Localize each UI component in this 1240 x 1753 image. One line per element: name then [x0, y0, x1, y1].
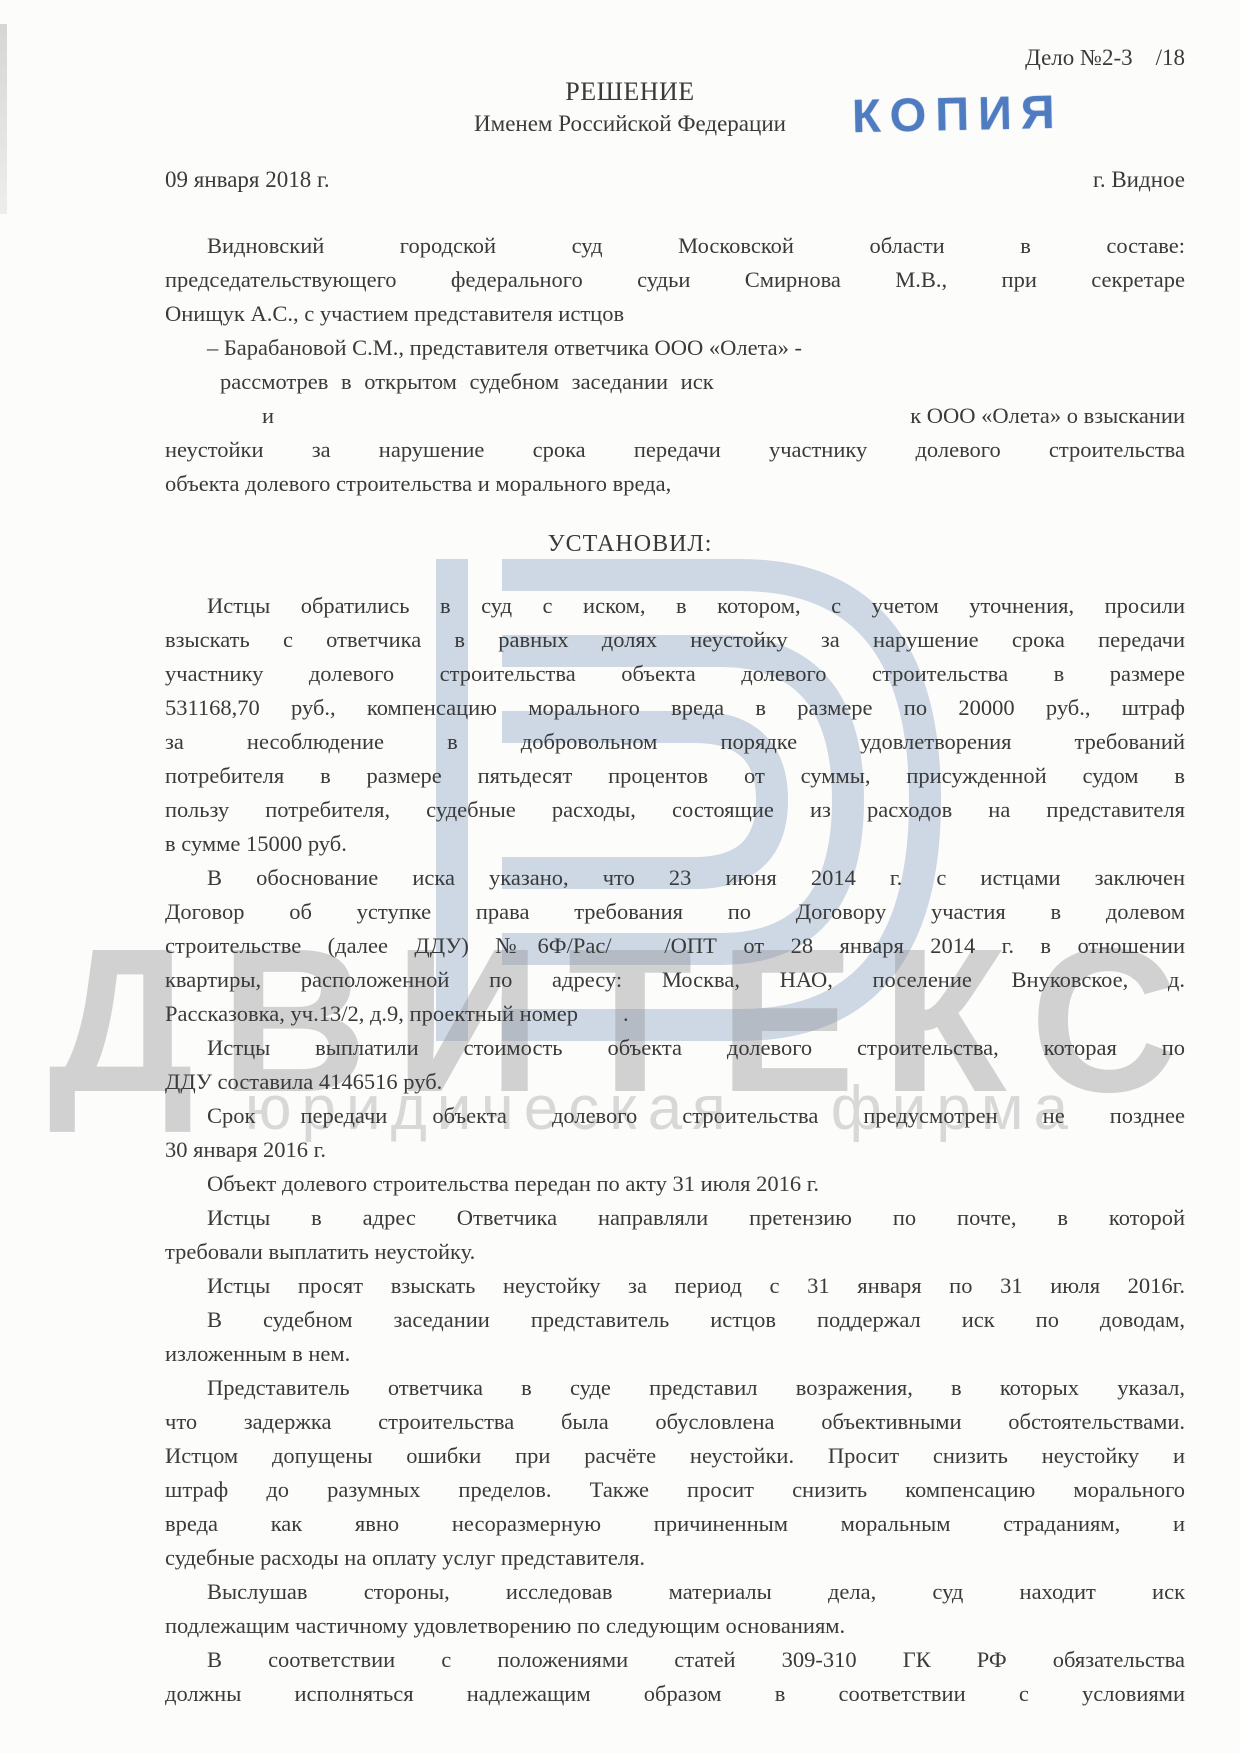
doc-line: что задержка строительства была обусловл… — [165, 1405, 1185, 1439]
doc-line: судебные расходы на оплату услуг предста… — [165, 1541, 1185, 1575]
document-content: Дело №2-3 /18 РЕШЕНИЕ Именем Российской … — [165, 45, 1185, 1711]
doc-line: 30 января 2016 г. — [165, 1133, 1185, 1167]
doc-line: потребителя в размере пятьдесят проценто… — [165, 759, 1185, 793]
ustanovil-heading: УСТАНОВИЛ: — [120, 527, 1140, 561]
doc-line: В судебном заседании представитель истцо… — [165, 1303, 1185, 1337]
case-number: Дело №2-3 /18 — [165, 45, 1185, 71]
doc-line: председательствующего федерального судьи… — [165, 263, 1185, 297]
doc-line: Договор об уступке права требования по Д… — [165, 895, 1185, 929]
doc-line: в сумме 15000 руб. — [165, 827, 1185, 861]
doc-line: Истцы просят взыскать неустойку за перио… — [165, 1269, 1185, 1303]
doc-line: Объект долевого строительства передан по… — [165, 1167, 1185, 1201]
doc-line: рассмотрев в открытом судебном заседании… — [165, 365, 1185, 399]
facts-block: Истцы обратились в суд с иском, в которо… — [165, 589, 1185, 1711]
doc-line: за несоблюдение в добровольном порядке у… — [165, 725, 1185, 759]
doc-line: Онищук А.С., с участием представителя ис… — [165, 297, 1185, 331]
doc-line: Истцы выплатили стоимость объекта долево… — [165, 1031, 1185, 1065]
doc-line: требовали выплатить неустойку. — [165, 1235, 1185, 1269]
doc-line: Представитель ответчика в суде представи… — [165, 1371, 1185, 1405]
doc-line: объекта долевого строительства и моральн… — [165, 467, 1185, 501]
document-subtitle: Именем Российской Федерации — [120, 111, 1140, 137]
doc-line: подлежащим частичному удовлетворению по … — [165, 1609, 1185, 1643]
doc-line: В обоснование иска указано, что 23 июня … — [165, 861, 1185, 895]
doc-line: неустойки за нарушение срока передачи уч… — [165, 433, 1185, 467]
doc-line: Рассказовка, уч.13/2, д.9, проектный ном… — [165, 997, 1185, 1031]
doc-line: Выслушав стороны, исследовав материалы д… — [165, 1575, 1185, 1609]
intro-block: Видновский городской суд Московской обла… — [165, 229, 1185, 501]
doc-line: Видновский городской суд Московской обла… — [165, 229, 1185, 263]
doc-line: штраф до разумных пределов. Также просит… — [165, 1473, 1185, 1507]
date-row: 09 января 2018 г. г. Видное — [165, 167, 1185, 193]
decision-date: 09 января 2018 г. — [165, 167, 330, 193]
decision-city: г. Видное — [1093, 167, 1185, 193]
doc-line: 531168,70 руб., компенсацию морального в… — [165, 691, 1185, 725]
doc-line: Истцом допущены ошибки при расчёте неуст… — [165, 1439, 1185, 1473]
doc-line: квартиры, расположенной по адресу: Москв… — [165, 963, 1185, 997]
doc-line: вреда как явно несоразмерную причиненным… — [165, 1507, 1185, 1541]
doc-line: Истцы обратились в суд с иском, в которо… — [165, 589, 1185, 623]
scanned-court-decision-page: ДВИТЕКС юридическая фирма КОПИЯ Дело №2-… — [0, 0, 1240, 1753]
doc-line: участнику долевого строительства объекта… — [165, 657, 1185, 691]
doc-line: изложенным в нем. — [165, 1337, 1185, 1371]
doc-line: В соответствии с положениями статей 309-… — [165, 1643, 1185, 1677]
doc-line: ик ООО «Олета» о взыскании — [165, 399, 1185, 433]
doc-line: взыскать с ответчика в равных долях неус… — [165, 623, 1185, 657]
doc-line: должны исполняться надлежащим образом в … — [165, 1677, 1185, 1711]
document-title: РЕШЕНИЕ — [120, 77, 1140, 107]
doc-line: ДДУ составила 4146516 руб. — [165, 1065, 1185, 1099]
doc-line: строительстве (далее ДДУ) №6Ф/Рас/ /ОПТ … — [165, 929, 1185, 963]
doc-line: – Барабановой С.М., представителя ответч… — [165, 331, 1185, 365]
doc-line: Срок передачи объекта долевого строитель… — [165, 1099, 1185, 1133]
doc-line: Истцы в адрес Ответчика направляли прете… — [165, 1201, 1185, 1235]
doc-line: пользу потребителя, судебные расходы, со… — [165, 793, 1185, 827]
scan-edge-artifact — [0, 24, 7, 214]
